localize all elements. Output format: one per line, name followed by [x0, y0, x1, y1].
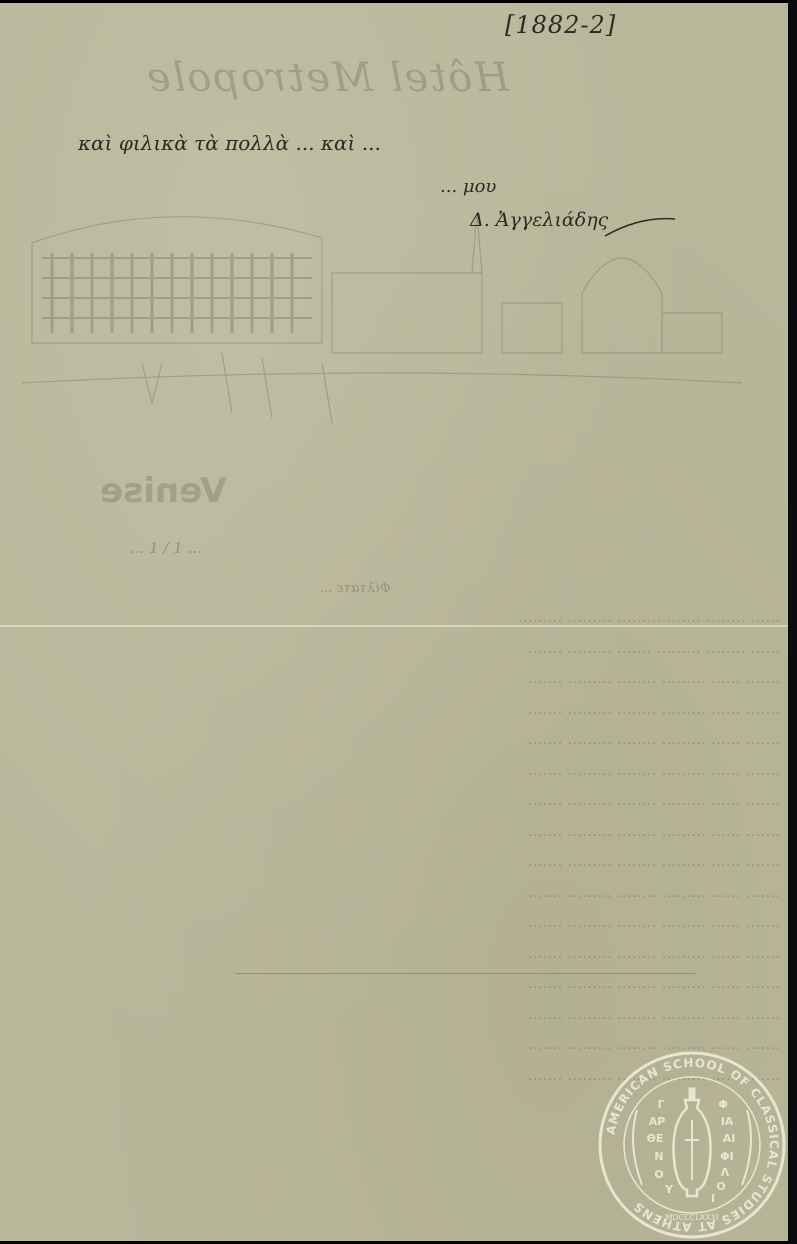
svg-text:Ο: Ο: [716, 1180, 725, 1193]
scan-border: [788, 0, 797, 1244]
svg-text:Φ: Φ: [718, 1098, 727, 1111]
svg-text:ΙΑ: ΙΑ: [721, 1115, 734, 1128]
svg-text:ΑΡ: ΑΡ: [649, 1115, 666, 1128]
body-line: ....... ...... ......... ........ ......…: [20, 817, 780, 848]
svg-text:• MDCCCLXXXI •: • MDCCCLXXXI •: [658, 1213, 726, 1222]
body-line: ....... ...... ......... ........ ......…: [20, 695, 780, 726]
document-page: [1882-2] Hôtel Metropole Venise καὶ φιλι…: [0, 3, 788, 1241]
body-line: ....... ...... ......... ........ ......…: [20, 878, 780, 909]
letter-date: ... 1 / 1 ...: [130, 539, 202, 557]
body-line: ....... ...... ......... ........ ......…: [20, 786, 780, 817]
body-line: ....... ...... ......... ........ ......…: [20, 908, 780, 939]
svg-text:ΑΙ: ΑΙ: [723, 1132, 736, 1145]
postscript-line-2: ... μου: [440, 176, 496, 197]
letterhead-city: Venise: [100, 471, 227, 511]
svg-text:ΦΙ: ΦΙ: [720, 1150, 733, 1163]
archive-seal: AMERICAN SCHOOL OF CLASSICAL STUDIES AT …: [597, 1050, 787, 1240]
body-line: ....... ...... ......... ........ ......…: [20, 664, 780, 695]
archive-reference: [1882-2]: [505, 11, 616, 39]
body-line: ....... ...... ......... ........ ......…: [20, 725, 780, 756]
svg-text:Λ: Λ: [721, 1166, 730, 1179]
letter-body: ...... ........ ....... ......... ......…: [20, 603, 780, 1091]
underline-mark: [235, 973, 695, 974]
body-line: ....... ...... ......... ........ ......…: [20, 847, 780, 878]
svg-text:Ο: Ο: [654, 1168, 663, 1181]
body-line: ...... ........ ....... ......... ......…: [20, 603, 780, 634]
letter-salutation: Φίλτατε ...: [320, 581, 391, 596]
svg-text:Ν: Ν: [654, 1150, 663, 1163]
svg-text:Γ: Γ: [657, 1098, 664, 1111]
svg-text:Υ: Υ: [664, 1183, 674, 1196]
body-line: ....... ...... ......... ........ ......…: [20, 1000, 780, 1031]
postscript-signature: Δ. Ἀγγελιάδης: [470, 209, 608, 231]
svg-text:Ι: Ι: [711, 1192, 715, 1205]
body-line: ...... ........ ......... ....... ......…: [20, 634, 780, 665]
letterhead-hotel-name: Hôtel Metropole: [145, 55, 509, 101]
postscript-line-1: καὶ φιλικὰ τὰ πολλὰ ... καὶ ...: [78, 131, 381, 155]
body-line: ....... ...... ......... ........ ......…: [20, 939, 780, 970]
body-line: ....... ...... ......... ........ ......…: [20, 756, 780, 787]
svg-text:ΘΕ: ΘΕ: [647, 1132, 664, 1145]
signature-flourish: [600, 211, 680, 241]
